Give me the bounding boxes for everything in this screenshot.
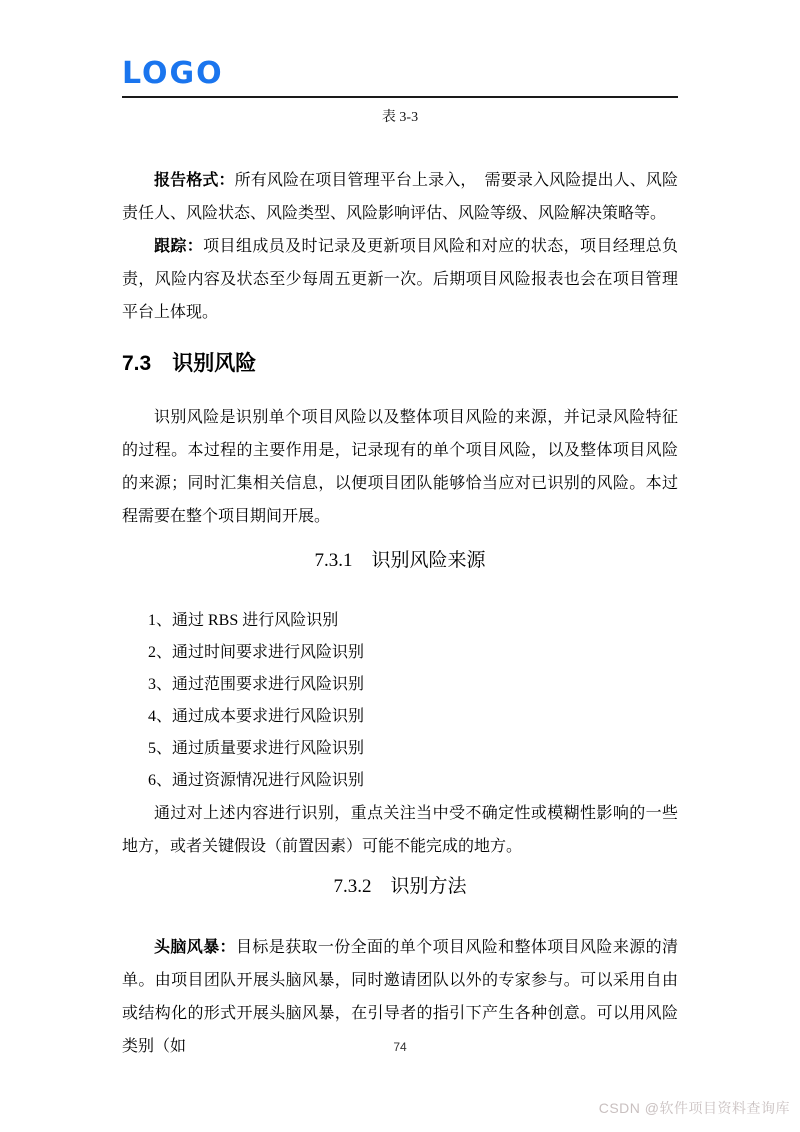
risk-source-list: 1、通过 RBS 进行风险识别 2、通过时间要求进行风险识别 3、通过范围要求进…: [122, 605, 678, 797]
list-item: 6、通过资源情况进行风险识别: [122, 765, 678, 797]
section-heading-7-3: 7.3 识别风险: [122, 349, 678, 379]
list-item: 1、通过 RBS 进行风险识别: [122, 605, 678, 637]
list-item: 3、通过范围要求进行风险识别: [122, 669, 678, 701]
paragraph-tracking-label: 跟踪：: [154, 238, 203, 255]
header-rule: [122, 96, 678, 98]
table-caption: 表 3-3: [122, 108, 678, 128]
page-number: 74: [0, 1040, 800, 1054]
logo: LOGO: [122, 58, 678, 90]
document-header: LOGO: [122, 58, 678, 98]
section-intro-paragraph: 识别风险是识别单个项目风险以及整体项目风险的来源，并记录风险特征的过程。本过程的…: [122, 401, 678, 533]
list-item: 4、通过成本要求进行风险识别: [122, 701, 678, 733]
paragraph-tracking-text: 项目组成员及时记录及更新项目风险和对应的状态，项目经理总负责，风险内容及状态至少…: [122, 238, 678, 321]
paragraph-report-format: 报告格式：所有风险在项目管理平台上录入， 需要录入风险提出人、风险责任人、风险状…: [122, 164, 678, 230]
subsection-heading-7-3-1: 7.3.1 识别风险来源: [122, 547, 678, 575]
subsection-heading-7-3-2: 7.3.2 识别方法: [122, 873, 678, 901]
list-item: 2、通过时间要求进行风险识别: [122, 637, 678, 669]
paragraph-tracking: 跟踪：项目组成员及时记录及更新项目风险和对应的状态，项目经理总负责，风险内容及状…: [122, 230, 678, 329]
watermark: CSDN @软件项目资料查询库: [599, 1098, 790, 1118]
list-item: 5、通过质量要求进行风险识别: [122, 733, 678, 765]
paragraph-report-format-label: 报告格式：: [154, 172, 235, 189]
document-page: LOGO 表 3-3 报告格式：所有风险在项目管理平台上录入， 需要录入风险提出…: [0, 0, 800, 1132]
list-summary-paragraph: 通过对上述内容进行识别，重点关注当中受不确定性或模糊性影响的一些地方，或者关键假…: [122, 797, 678, 863]
paragraph-brainstorm-text: 目标是获取一份全面的单个项目风险和整体项目风险来源的清单。由项目团队开展头脑风暴…: [122, 939, 678, 1055]
paragraph-brainstorm-label: 头脑风暴：: [154, 939, 236, 956]
